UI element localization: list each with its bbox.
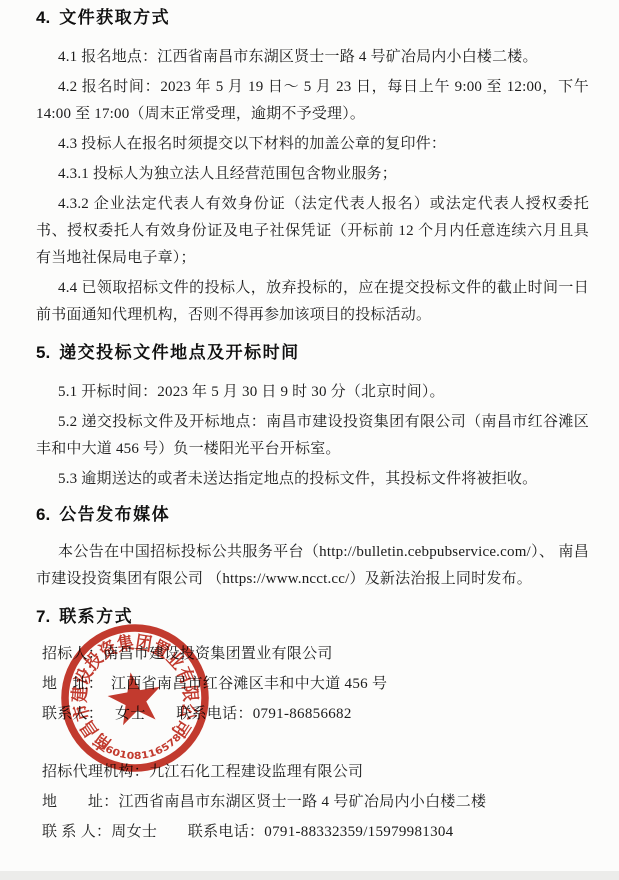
paragraph-5-2: 5.2 递交投标文件及开标地点：南昌市建设投资集团有限公司（南昌市红谷滩区丰和中… [36, 409, 589, 463]
section-4-title: 文件获取方式 [59, 8, 170, 27]
agency-phone-line: 联 系 人：周女士 联系电话：0791-88332359/15979981304 [36, 817, 589, 847]
page-bottom-edge [0, 871, 619, 880]
paragraph-4-2: 4.2 报名时间：2023 年 5 月 19 日～ 5 月 23 日，每日上午 … [36, 74, 589, 128]
document-page: 4.文件获取方式 4.1 报名地点：江西省南昌市东湖区贤士一路 4 号矿冶局内小… [0, 0, 619, 880]
section-5-heading: 5.递交投标文件地点及开标时间 [36, 341, 589, 365]
section-6-heading: 6.公告发布媒体 [36, 503, 589, 527]
tenderer-address-line: 地 址： 江西省南昌市红谷滩区丰和中大道 456 号 [36, 669, 589, 699]
section-5-number: 5. [36, 343, 50, 362]
section-6-number: 6. [36, 505, 50, 524]
tenderer-phone-line: 联系人： 女士 联系电话：0791-86856682 [36, 699, 589, 729]
tenderer-name-line: 招标人：南昌市建设投资集团置业有限公司 [36, 639, 589, 669]
paragraph-5-1: 5.1 开标时间：2023 年 5 月 30 日 9 时 30 分（北京时间）。 [36, 379, 589, 406]
section-7-title: 联系方式 [59, 607, 133, 626]
section-7-number: 7. [36, 607, 50, 626]
paragraph-5-3: 5.3 逾期送达的或者未送达指定地点的投标文件，其投标文件将被拒收。 [36, 466, 589, 493]
paragraph-4-4: 4.4 已领取招标文件的投标人，放弃投标的，应在提交投标文件的截止时间一日前书面… [36, 275, 589, 329]
agency-contact-block: 招标代理机构：九江石化工程建设监理有限公司 地 址：江西省南昌市东湖区贤士一路 … [36, 757, 589, 847]
section-4-heading: 4.文件获取方式 [36, 6, 589, 30]
paragraph-4-1: 4.1 报名地点：江西省南昌市东湖区贤士一路 4 号矿冶局内小白楼二楼。 [36, 44, 589, 71]
paragraph-4-3: 4.3 投标人在报名时须提交以下材料的加盖公章的复印件： [36, 131, 589, 158]
paragraph-4-3-2: 4.3.2 企业法定代表人有效身份证（法定代表人报名）或法定代表人授权委托书、授… [36, 191, 589, 272]
paragraph-4-3-1: 4.3.1 投标人为独立法人且经营范围包含物业服务； [36, 161, 589, 188]
section-5-title: 递交投标文件地点及开标时间 [59, 343, 300, 362]
agency-name-line: 招标代理机构：九江石化工程建设监理有限公司 [36, 757, 589, 787]
section-6-title: 公告发布媒体 [59, 505, 170, 524]
agency-address-line: 地 址：江西省南昌市东湖区贤士一路 4 号矿冶局内小白楼二楼 [36, 787, 589, 817]
section-4-number: 4. [36, 8, 50, 27]
section-7-heading: 7.联系方式 [36, 605, 589, 629]
tenderer-contact-block: 招标人：南昌市建设投资集团置业有限公司 地 址： 江西省南昌市红谷滩区丰和中大道… [36, 639, 589, 729]
paragraph-6: 本公告在中国招标投标公共服务平台（http://bulletin.cebpubs… [36, 539, 589, 593]
